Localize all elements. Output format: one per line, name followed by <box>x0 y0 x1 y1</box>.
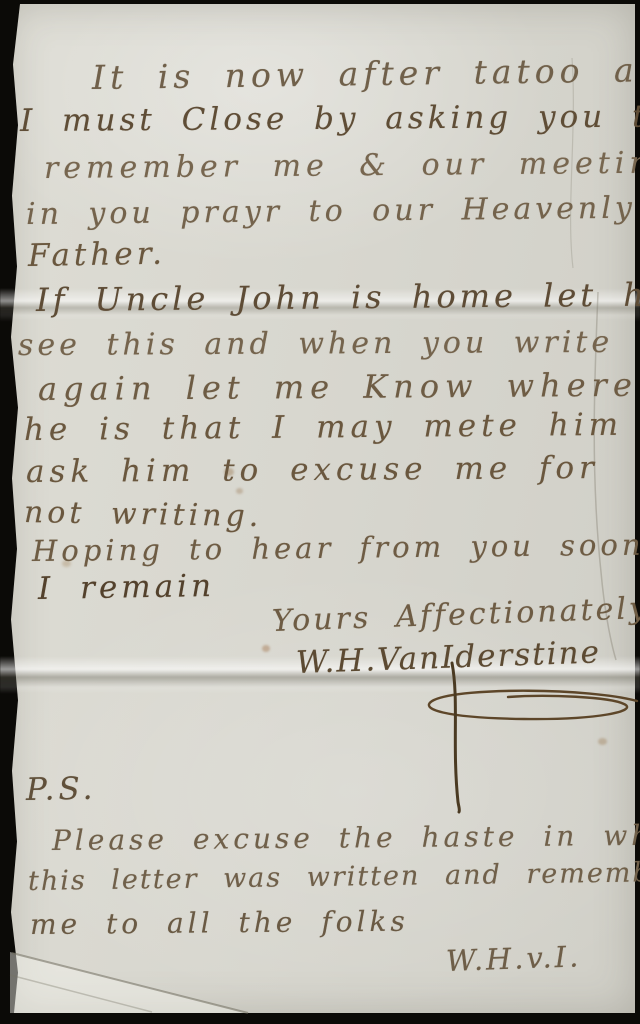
letter-line: he is that I may mete him <box>24 407 623 448</box>
postscript-line: me to all the folks <box>30 905 409 941</box>
letter-line: ask him to excuse me for <box>26 450 599 490</box>
letter-line: I must Close by asking you to <box>20 98 640 139</box>
postscript-label: P.S. <box>26 771 97 808</box>
scan-background: { "page": { "background_color": "#0b0a07… <box>0 0 640 1024</box>
letter-line: in you prayr to our Heavenly <box>26 191 636 232</box>
postscript-initials: W.H.v.I. <box>445 939 581 978</box>
letter-line: Hoping to hear from you soon <box>32 528 640 568</box>
letter-line: again let me Know where <box>38 366 638 408</box>
postscript-line: Please excuse the haste in which <box>52 818 640 857</box>
letter-line: Father. <box>28 236 167 274</box>
letter-line: not writing. <box>24 495 263 534</box>
letter-line: remember me & our meetings <box>44 145 640 186</box>
letter-line: I remain <box>38 568 216 607</box>
letter-line: It is now after tatoo and <box>92 50 640 97</box>
letter-line: If Uncle John is home let him <box>36 275 640 319</box>
letter-line: see this and when you write <box>18 325 613 363</box>
